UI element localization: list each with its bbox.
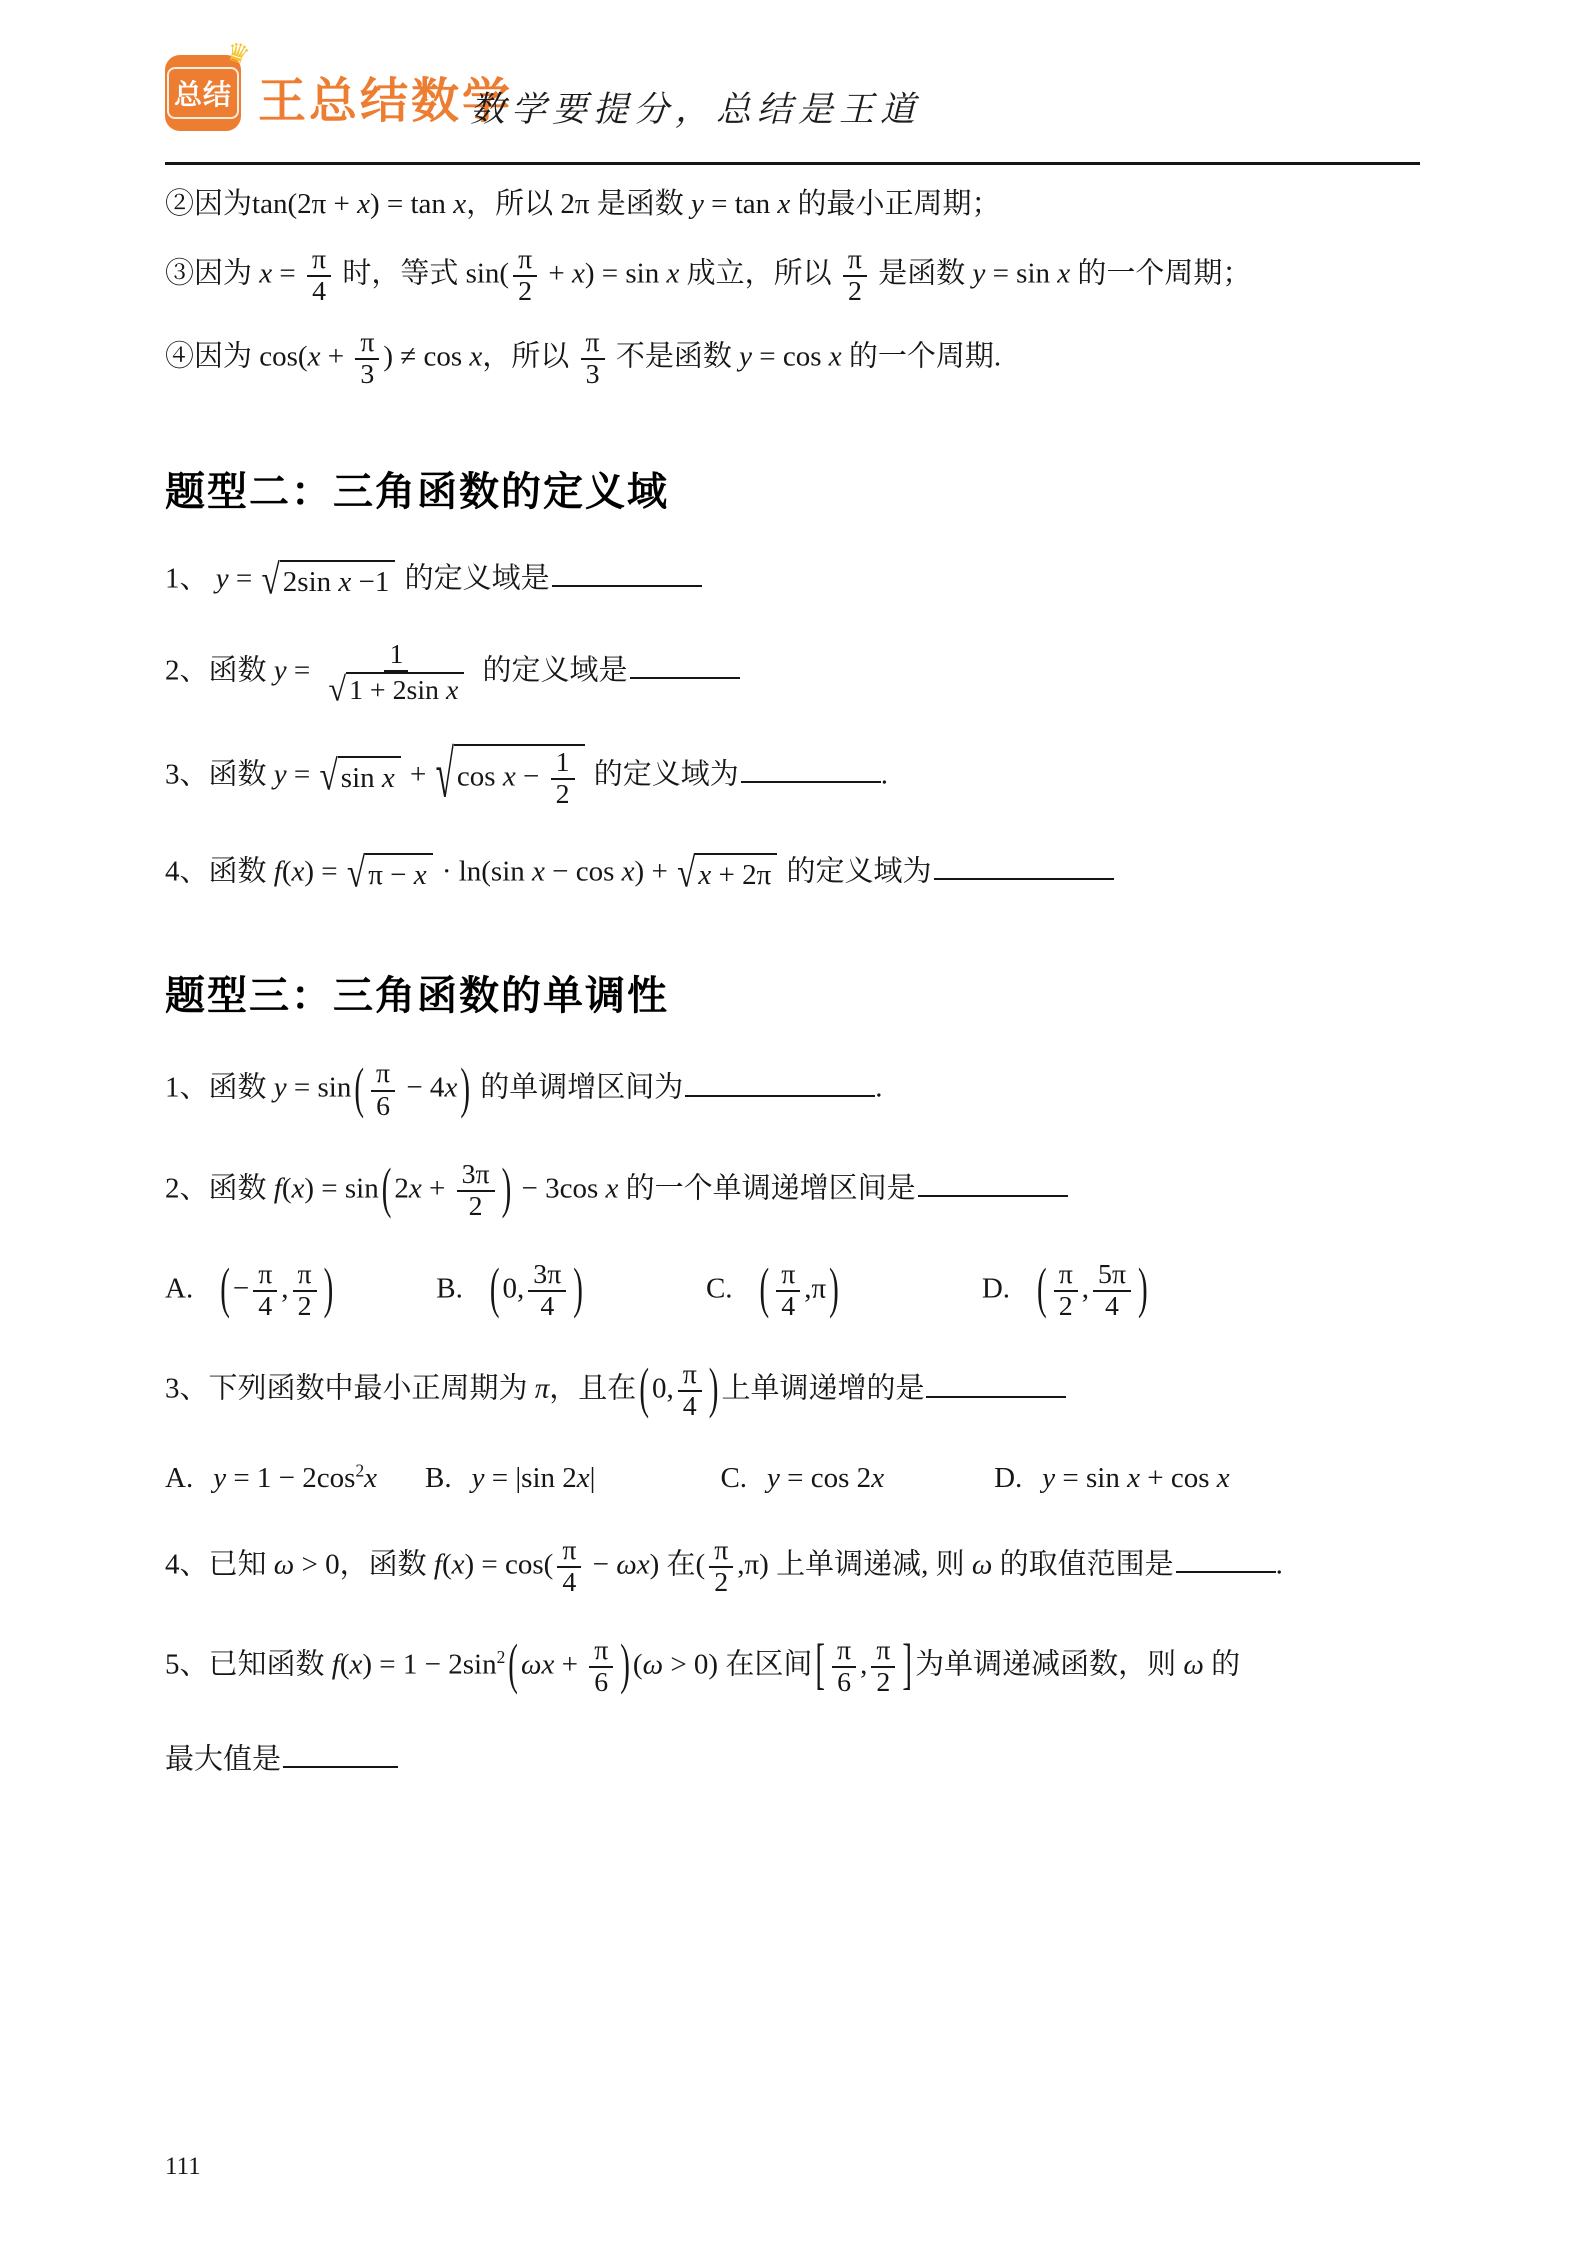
fraction: 3π2 xyxy=(457,1160,495,1222)
math-text: C. xyxy=(720,1462,747,1494)
fraction: π3 xyxy=(355,328,379,390)
math-text: 2π xyxy=(560,188,596,220)
big-delimiter: ) xyxy=(573,1254,583,1327)
radicand: π − x xyxy=(365,853,432,895)
math-text: 4 xyxy=(312,276,326,307)
math-text: π xyxy=(594,1635,608,1666)
math-variable: x xyxy=(1217,1462,1230,1494)
math-text: ) ≠ cos xyxy=(383,341,469,373)
math-text: 1 xyxy=(389,639,403,670)
section-heading: 题型二：三角函数的定义域 xyxy=(165,460,1437,517)
denominator: 2 xyxy=(513,277,537,307)
superscript: 2 xyxy=(355,1460,364,1480)
formula-line: 2、函数 f(x) = sin(2x + 3π2) − 3cos x 的一个单调… xyxy=(165,1160,1437,1222)
numerator: π xyxy=(871,1636,895,1668)
formula-line: 4、已知 ω > 0，函数 f(x) = cos(π4 − ωx) 在(π2,π… xyxy=(165,1536,1437,1598)
math-variable: x xyxy=(409,1172,422,1204)
denominator: 2 xyxy=(464,1192,488,1222)
math-text: ( xyxy=(282,1172,292,1204)
math-variable: π xyxy=(535,1373,550,1405)
math-text: π xyxy=(258,1259,272,1290)
text-run: 的一个周期； xyxy=(1070,257,1251,289)
numerator: π xyxy=(678,1360,702,1392)
formula-line: 4、函数 f(x) = √π − x · ln(sin x − cos x) +… xyxy=(165,848,1437,895)
big-delimiter: [ xyxy=(815,1630,825,1703)
math-text: B. xyxy=(425,1462,452,1494)
math-text: = xyxy=(272,257,303,289)
math-variable: x xyxy=(444,1072,457,1104)
math-text: = cos 2 xyxy=(780,1462,871,1494)
text-run: ②因为 xyxy=(165,188,252,220)
math-variable: y xyxy=(472,1462,485,1494)
math-text: 0, xyxy=(652,1373,674,1405)
text-run: . xyxy=(881,758,888,790)
math-text: = xyxy=(287,654,318,686)
denominator: 2 xyxy=(843,277,867,307)
big-delimiter: ) xyxy=(460,1054,470,1127)
radical: √2sin x −1 xyxy=(262,560,396,602)
math-text: = |sin 2 xyxy=(485,1462,577,1494)
math-text: C. xyxy=(706,1272,733,1304)
numerator: π xyxy=(843,245,867,277)
math-text: 5π xyxy=(1098,1259,1126,1290)
fraction: 3π4 xyxy=(528,1260,566,1322)
math-text: 2 xyxy=(714,1567,728,1598)
numerator: 5π xyxy=(1093,1260,1131,1292)
math-text: 1 + 2sin xyxy=(349,675,446,706)
text-run: 3、下列函数中最小正周期为 xyxy=(165,1373,535,1405)
math-text: 3π xyxy=(533,1259,561,1290)
big-delimiter: ( xyxy=(1037,1254,1047,1327)
denominator: 2 xyxy=(871,1668,895,1698)
math-variable: x xyxy=(350,1648,363,1680)
math-text: 0, xyxy=(503,1272,525,1304)
radical: √1 + 2sin x xyxy=(329,672,465,706)
text-run: 2、函数 xyxy=(165,654,274,686)
denominator: 4 xyxy=(307,277,331,307)
math-text: ( xyxy=(282,855,292,887)
math-text: π xyxy=(312,244,326,275)
big-delimiter: ] xyxy=(902,1630,912,1703)
page-footer: 111 xyxy=(165,2153,201,2181)
text-run: 为单调递减函数，则 xyxy=(915,1648,1183,1680)
denominator: 3 xyxy=(581,360,605,390)
math-text: = sin xyxy=(985,257,1057,289)
big-delimiter: ) xyxy=(502,1154,512,1227)
math-text: > 0) xyxy=(663,1648,725,1680)
math-variable: x xyxy=(292,1172,305,1204)
fraction: π6 xyxy=(832,1636,856,1698)
math-text: = tan xyxy=(704,188,778,220)
math-text: 2 xyxy=(518,276,532,307)
formula-line: 3、下列函数中最小正周期为 π，且在(0,π4)上单调递增的是 xyxy=(165,1360,1437,1422)
formula-line: 2、函数 y = 1√1 + 2sin x 的定义域是 xyxy=(165,640,1437,706)
math-text: sin xyxy=(341,762,382,794)
math-text: B. xyxy=(436,1272,463,1304)
header-divider xyxy=(165,162,1420,165)
radicand: sin x xyxy=(338,756,401,798)
fraction: π2 xyxy=(1054,1260,1078,1322)
text-run: 4、已知 xyxy=(165,1548,274,1580)
big-delimiter: ( xyxy=(490,1254,500,1327)
math-variable: ω xyxy=(972,1548,992,1580)
text-run: ，所以 xyxy=(482,341,576,373)
worksheet-content: ②因为tan(2π + x) = tan x，所以 2π 是函数 y = tan… xyxy=(0,186,1587,1779)
denominator: 4 xyxy=(253,1292,277,1322)
math-variable: f xyxy=(332,1648,340,1680)
brand-logo: 总结 ♛ xyxy=(165,55,241,131)
math-variable: x xyxy=(698,859,711,891)
radicand: cos x − 12 xyxy=(454,744,585,810)
math-variable: ω xyxy=(274,1548,294,1580)
math-text: − cos xyxy=(545,855,622,887)
numerator: π xyxy=(355,328,379,360)
formula-line: ③因为 x = π4 时，等式 sin(π2 + x) = sin x 成立，所… xyxy=(165,245,1437,307)
text-run: 的取值范围是 xyxy=(992,1548,1173,1580)
math-variable: x xyxy=(532,855,545,887)
math-text: = sin xyxy=(1055,1462,1127,1494)
text-run: 的一个周期. xyxy=(842,341,1002,373)
math-variable: ω xyxy=(1183,1648,1203,1680)
math-text: > 0 xyxy=(294,1548,339,1580)
section-heading: 题型三：三角函数的单调性 xyxy=(165,964,1437,1021)
math-variable: x xyxy=(572,257,585,289)
math-text: 2 xyxy=(556,779,570,810)
big-delimiter: ( xyxy=(508,1630,518,1703)
math-variable: x xyxy=(453,188,466,220)
denominator: 4 xyxy=(678,1392,702,1422)
math-text: π xyxy=(683,1359,697,1390)
math-text: cos xyxy=(457,760,503,792)
math-variable: x xyxy=(577,1462,590,1494)
math-text: ) = sin xyxy=(585,257,667,289)
radicand: 2sin x −1 xyxy=(280,560,396,602)
denominator: √1 + 2sin x xyxy=(322,672,472,706)
math-text: ) = 1 − 2sin xyxy=(362,1648,496,1680)
big-delimiter: ) xyxy=(829,1254,839,1327)
math-text: · ln(sin xyxy=(435,855,532,887)
numerator: π xyxy=(253,1260,277,1292)
math-text: −1 xyxy=(351,566,389,598)
math-text: π xyxy=(586,327,600,358)
text-run: ④因为 xyxy=(165,341,259,373)
numerator: π xyxy=(776,1260,800,1292)
math-text: 3 xyxy=(360,359,374,390)
math-text: π xyxy=(360,327,374,358)
numerator: π xyxy=(513,245,537,277)
math-text: ( xyxy=(340,1648,350,1680)
fraction: π4 xyxy=(557,1536,581,1598)
denominator: 4 xyxy=(1100,1292,1124,1322)
radicand: x + 2π xyxy=(695,853,777,895)
math-text: 2 xyxy=(394,1172,409,1204)
fraction: π2 xyxy=(843,245,867,307)
math-variable: x xyxy=(622,855,635,887)
fraction: π4 xyxy=(776,1260,800,1322)
superscript: 2 xyxy=(497,1647,506,1667)
text-run: ③因为 xyxy=(165,257,259,289)
math-text: ) = sin xyxy=(304,1172,378,1204)
math-text: ) xyxy=(650,1548,667,1580)
math-variable: x xyxy=(503,760,516,792)
math-text: − 4 xyxy=(399,1072,444,1104)
text-run: 是函数 xyxy=(871,257,973,289)
numerator: π xyxy=(371,1059,395,1091)
math-text: + cos xyxy=(1140,1462,1217,1494)
math-text: , xyxy=(1082,1272,1089,1304)
denominator: 2 xyxy=(551,780,575,810)
math-text: = 1 − 2cos xyxy=(226,1462,355,1494)
math-text: = cos xyxy=(752,341,829,373)
text-run: 上单调递增的是 xyxy=(721,1373,924,1405)
formula-line: 1、函数 y = sin(π6 − 4x) 的单调增区间为. xyxy=(165,1059,1437,1121)
fraction: π4 xyxy=(307,245,331,307)
answer-blank xyxy=(685,1065,875,1097)
numerator: 1 xyxy=(384,640,408,672)
numerator: 3π xyxy=(528,1260,566,1292)
worksheet-section: 题型二：三角函数的定义域1、 y = √2sin x −1 的定义域是2、函数 … xyxy=(165,460,1437,895)
formula-line: 1、 y = √2sin x −1 的定义域是 xyxy=(165,555,1437,602)
math-variable: x xyxy=(829,341,842,373)
fraction: 5π4 xyxy=(1093,1260,1131,1322)
math-text: 2sin xyxy=(283,566,339,598)
big-delimiter: ) xyxy=(620,1630,630,1703)
math-text: ,π xyxy=(804,1272,826,1304)
text-run: 在区间 xyxy=(725,1648,812,1680)
math-text: | xyxy=(590,1462,596,1494)
radical-sign-icon: √ xyxy=(677,852,695,894)
math-variable: x xyxy=(606,1172,619,1204)
fraction: π6 xyxy=(589,1636,613,1698)
math-text: A. xyxy=(165,1462,193,1494)
text-run: 不是函数 xyxy=(609,341,740,373)
math-text: + xyxy=(320,341,351,373)
formula-line: 最大值是 xyxy=(165,1736,1437,1779)
numerator: π xyxy=(1054,1260,1078,1292)
math-text: = sin xyxy=(287,1072,352,1104)
math-text: + xyxy=(554,1648,585,1680)
math-text: 2 xyxy=(876,1667,890,1698)
text-run: 是函数 xyxy=(597,188,691,220)
math-text: 3 xyxy=(586,359,600,390)
big-delimiter: ) xyxy=(1138,1254,1148,1327)
math-text: 4 xyxy=(781,1291,795,1322)
math-text: D. xyxy=(994,1462,1022,1494)
fraction: π2 xyxy=(513,245,537,307)
math-text: A. xyxy=(165,1272,193,1304)
answer-blank xyxy=(918,1165,1068,1197)
math-text: = xyxy=(229,562,260,594)
math-variable: x xyxy=(1057,257,1070,289)
text-run: 时，等式 xyxy=(335,257,466,289)
math-variable: y xyxy=(274,654,287,686)
answer-blank xyxy=(630,647,740,679)
math-text: 4 xyxy=(1105,1291,1119,1322)
tagline: 数学要提分，总结是王道 xyxy=(470,82,921,132)
math-variable: ωx xyxy=(616,1548,649,1580)
math-variable: f xyxy=(274,855,282,887)
fraction: π6 xyxy=(371,1059,395,1121)
math-variable: y xyxy=(972,257,985,289)
math-text: + 2π xyxy=(711,859,771,891)
radical-sign-icon: √ xyxy=(320,755,338,797)
math-text: cos( xyxy=(259,341,307,373)
math-text: ) = xyxy=(304,855,345,887)
math-text: ,π) xyxy=(737,1548,776,1580)
math-text: 6 xyxy=(594,1667,608,1698)
math-variable: ωx xyxy=(521,1648,554,1680)
denominator: 3 xyxy=(355,360,379,390)
denominator: 6 xyxy=(371,1092,395,1122)
numerator: π xyxy=(709,1536,733,1568)
math-text: 4 xyxy=(540,1291,554,1322)
fraction: π4 xyxy=(253,1260,277,1322)
math-variable: f xyxy=(434,1548,442,1580)
text-run: 的定义域为 xyxy=(587,758,739,790)
text-run: . xyxy=(1276,1548,1283,1580)
text-run: ，且在 xyxy=(549,1373,636,1405)
text-run: 的最小正周期； xyxy=(790,188,1000,220)
fraction: π2 xyxy=(709,1536,733,1598)
math-variable: x xyxy=(1127,1462,1140,1494)
math-text: 6 xyxy=(837,1667,851,1698)
math-variable: x xyxy=(308,341,321,373)
math-variable: x xyxy=(382,762,395,794)
logo-badge-text: 总结 xyxy=(167,67,239,119)
math-variable: x xyxy=(338,566,351,598)
numerator: π xyxy=(832,1636,856,1668)
answer-blank xyxy=(934,848,1114,880)
math-text: 4 xyxy=(562,1567,576,1598)
numerator: 3π xyxy=(457,1160,495,1192)
math-text: ( xyxy=(442,1548,452,1580)
denominator: 2 xyxy=(1054,1292,1078,1322)
big-delimiter: ( xyxy=(354,1054,364,1127)
math-variable: x xyxy=(666,257,679,289)
numerator: π xyxy=(581,328,605,360)
big-delimiter: ( xyxy=(382,1154,392,1227)
denominator: 2 xyxy=(293,1292,317,1322)
math-variable: y xyxy=(274,1072,287,1104)
numerator: π xyxy=(307,245,331,277)
formula-line: ②因为tan(2π + x) = tan x，所以 2π 是函数 y = tan… xyxy=(165,186,1437,224)
answer-blank xyxy=(926,1365,1066,1397)
radical-sign-icon: √ xyxy=(329,672,347,706)
math-text: π xyxy=(714,1535,728,1566)
math-variable: y xyxy=(213,1462,226,1494)
text-run: . xyxy=(875,1072,882,1104)
math-text: π xyxy=(837,1635,851,1666)
math-variable: x xyxy=(414,859,427,891)
text-run: 最大值是 xyxy=(165,1743,281,1775)
math-text: − xyxy=(516,760,547,792)
text-run: 的 xyxy=(1204,1648,1240,1680)
math-variable: ω xyxy=(643,1648,663,1680)
fraction: 12 xyxy=(551,748,575,810)
radical: √π − x xyxy=(347,853,433,895)
fraction: π4 xyxy=(678,1360,702,1422)
math-text: sin( xyxy=(466,257,510,289)
answer-blank xyxy=(552,555,702,587)
math-text: = xyxy=(287,758,318,790)
text-run: 上单调递减, 则 xyxy=(776,1548,972,1580)
text-run: 1、 xyxy=(165,562,216,594)
formula-line: A.y = 1 − 2cos2xB.y = |sin 2x|C.y = cos … xyxy=(165,1460,1437,1498)
math-text: − xyxy=(585,1548,616,1580)
math-variable: x xyxy=(364,1462,377,1494)
math-text: + xyxy=(541,257,572,289)
math-variable: x xyxy=(452,1548,465,1580)
math-variable: x xyxy=(871,1462,884,1494)
answer-blank xyxy=(1176,1541,1276,1573)
math-text: 2 xyxy=(848,276,862,307)
math-text: D. xyxy=(982,1272,1010,1304)
denominator: 4 xyxy=(535,1292,559,1322)
big-delimiter: ( xyxy=(760,1254,770,1327)
intro-block: ②因为tan(2π + x) = tan x，所以 2π 是函数 y = tan… xyxy=(165,186,1437,390)
page-header: 总结 ♛ 王总结数学 数学要提分，总结是王道 xyxy=(0,0,1587,148)
radical: √x + 2π xyxy=(677,853,777,895)
math-text: ) = tan xyxy=(370,188,453,220)
formula-line: 3、函数 y = √sin x + √cos x − 12 的定义域为. xyxy=(165,744,1437,810)
radicand: 1 + 2sin x xyxy=(346,672,464,706)
math-text: π − xyxy=(368,859,414,891)
text-run: 的定义域是 xyxy=(475,654,627,686)
denominator: 4 xyxy=(776,1292,800,1322)
formula-line: 5、已知函数 f(x) = 1 − 2sin2(ωx + π6)(ω > 0) … xyxy=(165,1636,1437,1698)
text-run: ，函数 xyxy=(340,1548,434,1580)
math-text: 3π xyxy=(462,1159,490,1190)
math-text: + xyxy=(422,1172,453,1204)
math-variable: x xyxy=(259,257,272,289)
denominator: 6 xyxy=(589,1668,613,1698)
math-variable: x xyxy=(292,855,305,887)
math-text: + xyxy=(403,758,434,790)
sections-block: 题型二：三角函数的定义域1、 y = √2sin x −1 的定义域是2、函数 … xyxy=(165,460,1437,1779)
math-text: , xyxy=(860,1648,867,1680)
answer-blank xyxy=(283,1736,398,1768)
text-run: 1、函数 xyxy=(165,1072,274,1104)
math-text: , xyxy=(281,1272,288,1304)
text-run: 4、函数 xyxy=(165,855,274,887)
text-run: 的单调增区间为 xyxy=(473,1072,683,1104)
page-number: 111 xyxy=(165,2153,201,2180)
math-variable: x xyxy=(777,188,790,220)
math-text: ( xyxy=(696,1548,706,1580)
math-text: π xyxy=(518,244,532,275)
math-text: 2 xyxy=(1059,1291,1073,1322)
math-text: π xyxy=(298,1259,312,1290)
math-variable: f xyxy=(274,1172,282,1204)
numerator: π xyxy=(589,1636,613,1668)
math-variable: y xyxy=(274,758,287,790)
radical-sign-icon: √ xyxy=(347,852,365,894)
fraction: π2 xyxy=(871,1636,895,1698)
math-variable: y xyxy=(739,341,752,373)
text-run: 的一个单调递增区间是 xyxy=(618,1172,915,1204)
math-variable: x xyxy=(357,188,370,220)
math-text: tan(2π + xyxy=(252,188,357,220)
big-delimiter: ( xyxy=(220,1254,230,1327)
big-delimiter: ( xyxy=(639,1354,649,1427)
fraction: π2 xyxy=(293,1260,317,1322)
math-text: ( xyxy=(633,1648,643,1680)
math-variable: x xyxy=(446,675,458,706)
text-run: 成立，所以 xyxy=(679,257,839,289)
math-text: π xyxy=(562,1535,576,1566)
math-text: π xyxy=(376,1058,390,1089)
math-variable: x xyxy=(469,341,482,373)
